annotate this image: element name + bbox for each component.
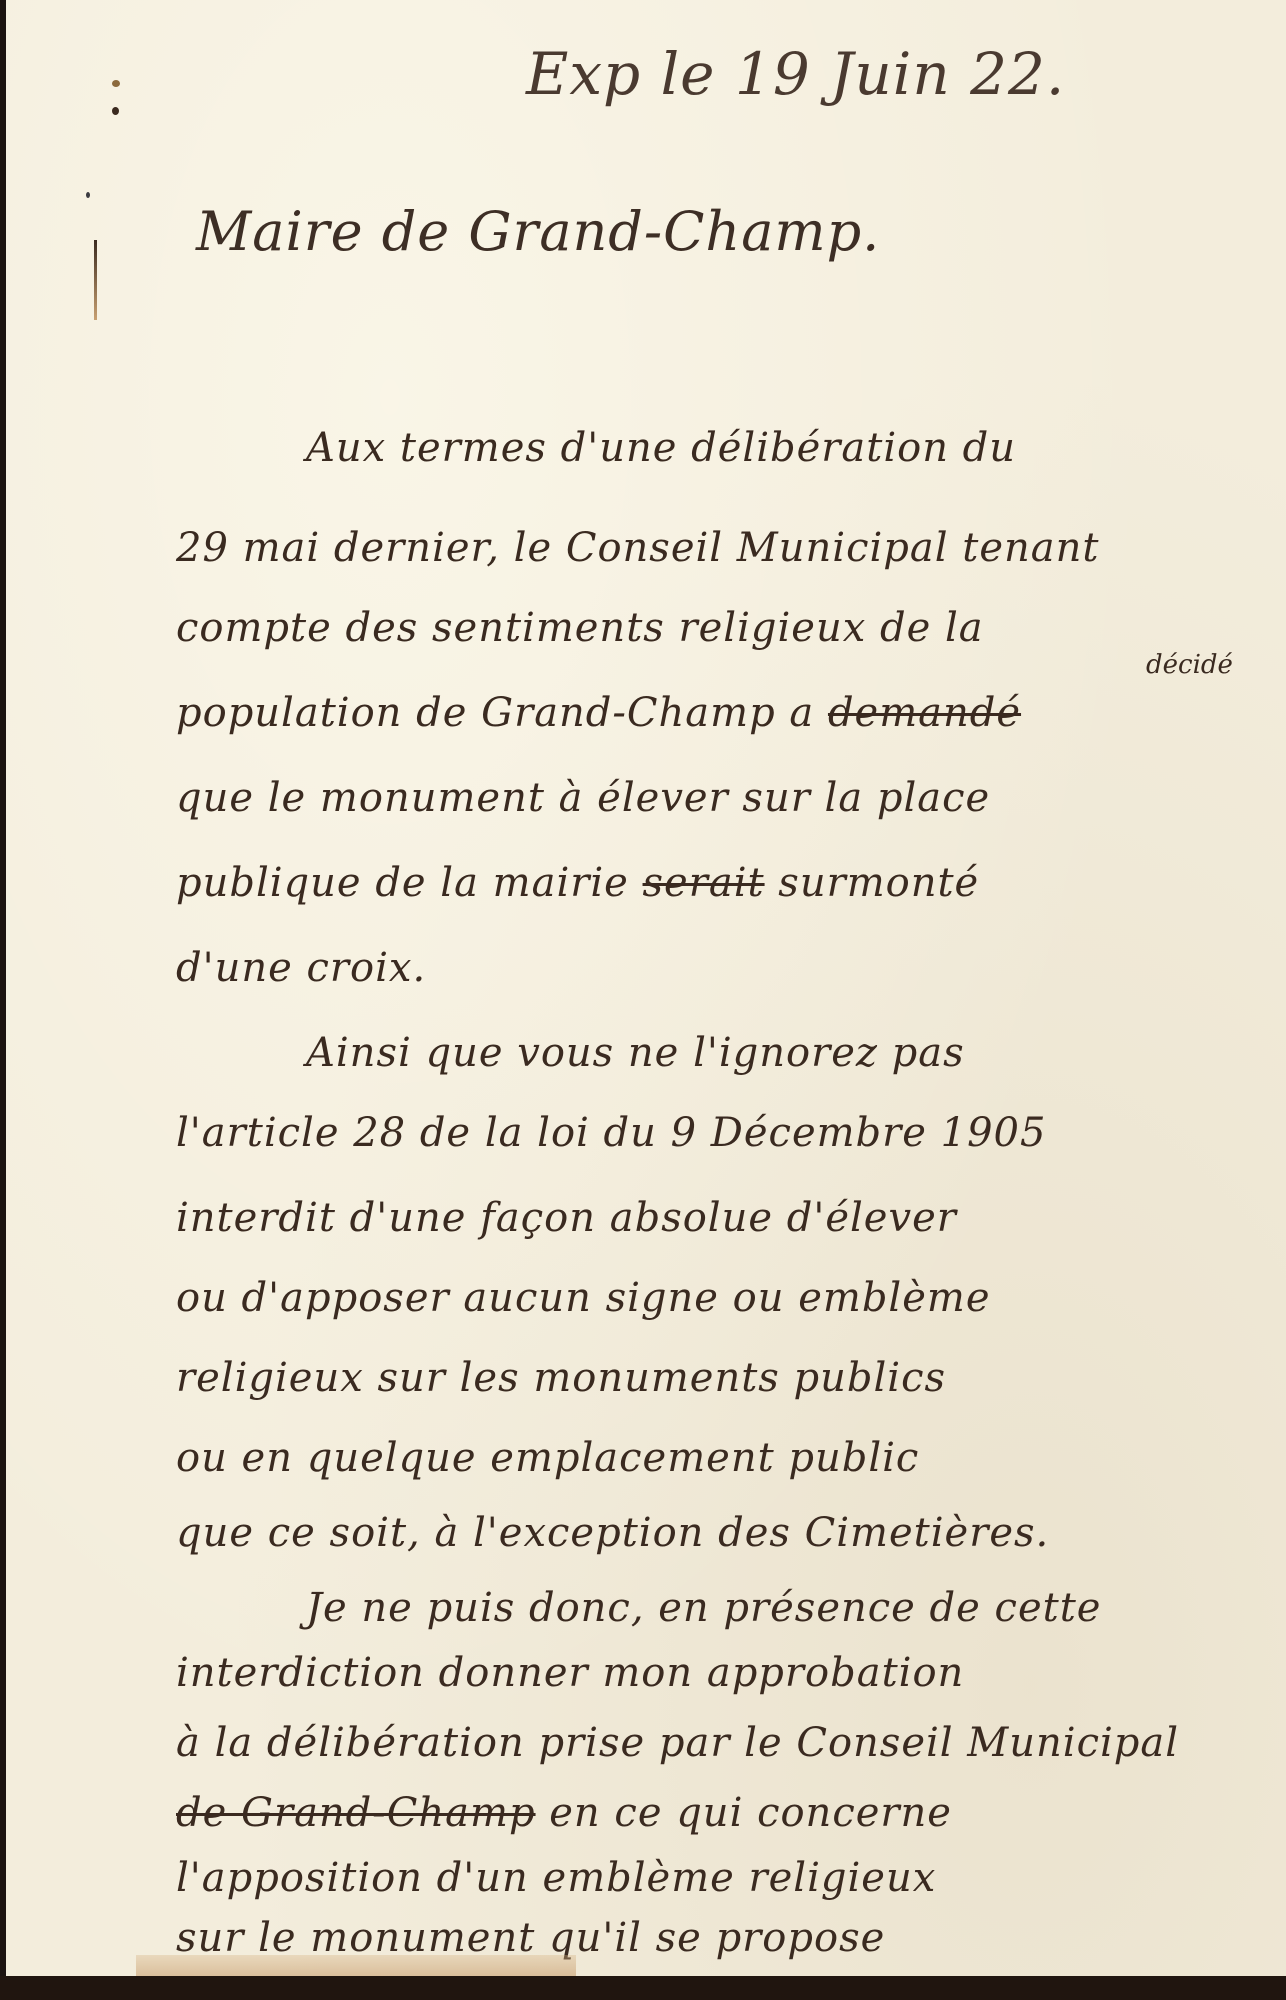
struck-word: serait: [643, 860, 765, 906]
body-line: compte des sentiments religieux de la: [176, 605, 984, 651]
struck-phrase: de Grand-Champ: [176, 1790, 536, 1836]
letter-sheet: Exp le 19 Juin 22. Maire de Grand-Champ.…: [6, 0, 1286, 1985]
body-line: Ainsi que vous ne l'ignorez pas: [306, 1030, 965, 1076]
body-line: ou d'apposer aucun signe ou emblème: [176, 1275, 991, 1321]
body-line: interdiction donner mon approbation: [176, 1650, 964, 1696]
margin-stain: [112, 80, 120, 87]
body-line: que ce soit, à l'exception des Cimetière…: [176, 1510, 1049, 1556]
body-line: l'apposition d'un emblème religieux: [176, 1855, 936, 1901]
scan-bottom-edge: [0, 1976, 1286, 2000]
margin-stain: [86, 192, 90, 198]
body-line: religieux sur les monuments publics: [176, 1355, 946, 1401]
margin-stain: [112, 107, 119, 115]
body-line: 29 mai dernier, le Conseil Municipal ten…: [176, 525, 1099, 571]
body-line: interdit d'une façon absolue d'élever: [176, 1195, 957, 1241]
body-line: Aux termes d'une délibération du: [306, 425, 1016, 471]
body-line: population de Grand-Champ a demandé: [176, 690, 1021, 736]
body-line: d'une croix.: [176, 945, 426, 991]
body-line: que le monument à élever sur la place: [176, 775, 990, 821]
expedition-date-note: Exp le 19 Juin 22.: [526, 40, 1065, 108]
inserted-correction: décidé: [1146, 650, 1233, 680]
body-line: à la délibération prise par le Conseil M…: [176, 1720, 1179, 1766]
body-line: Je ne puis donc, en présence de cette: [306, 1585, 1101, 1631]
body-line: ou en quelque emplacement public: [176, 1435, 919, 1481]
body-line: l'article 28 de la loi du 9 Décembre 190…: [176, 1110, 1046, 1156]
struck-word: demandé: [828, 690, 1021, 736]
pin-hole-mark: [94, 240, 97, 320]
body-line: de Grand-Champ en ce qui concerne: [176, 1790, 952, 1836]
body-line: publique de la mairie serait surmonté: [176, 860, 979, 906]
addressee: Maire de Grand-Champ.: [196, 200, 880, 263]
